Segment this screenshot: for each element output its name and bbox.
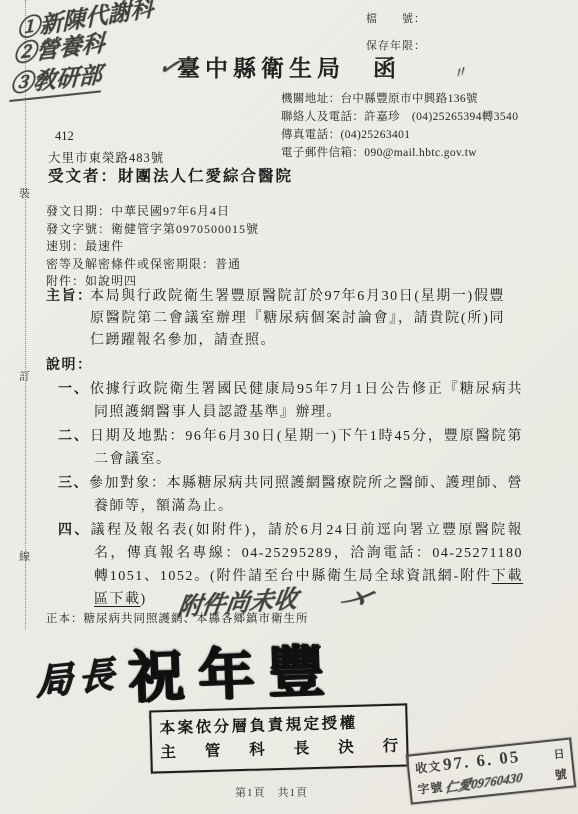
document-meta: 發文日期：中華民國97年6月4日 發文字號：衛健管字第0970500015號 速… bbox=[46, 203, 259, 291]
agency-email: 電子郵件信箱：090@mail.hbtc.gov.tw bbox=[281, 144, 518, 162]
page-footer: 第1頁 共1頁 bbox=[235, 784, 308, 800]
document-title: 臺中縣衛生局 函 bbox=[0, 50, 578, 83]
scanned-official-letter: 裝 訂 線 ①新陳代謝科 ②營養科 ③敎研部 ✓ 檔 號： 保存年限： 臺中縣衛… bbox=[0, 0, 578, 814]
binding-mark-zhuang: 裝 bbox=[19, 185, 30, 201]
subject-label: 主旨： bbox=[46, 286, 93, 308]
receipt-number-label: 字號 bbox=[417, 778, 445, 798]
agency-contact-person: 聯絡人及電話：許嘉珍 (04)25265394轉3540 bbox=[281, 108, 518, 126]
received-date-suffix: 日 bbox=[553, 745, 566, 762]
delegation-authority-stamp: 本案依分層負責規定授權 主 管 科 長 決 行 bbox=[149, 703, 409, 773]
explanation-item-3: 三、參加對象：本縣糖尿病共同照護網醫療院所之醫師、護理師、營養師等，額滿為止。 bbox=[58, 472, 523, 518]
recipient-line: 受文者：財團法人仁愛綜合醫院 bbox=[48, 164, 293, 186]
subject-text: 本局與行政院衛生署豐原醫院訂於97年6月30日(星期一)假豐原醫院第二會議室辦理… bbox=[90, 286, 505, 352]
copy-label: 正本： bbox=[46, 613, 84, 625]
binding-mark-ding: 訂 bbox=[19, 368, 30, 384]
receipt-date-stamp: 收文 97. 6. 05 日 字號 仁愛09760430 號 bbox=[406, 737, 576, 804]
agency-fax: 傳真電話：(04)25263401 bbox=[281, 126, 518, 144]
explanation-label: 說明： bbox=[46, 354, 93, 374]
binding-mark-xian: 線 bbox=[19, 548, 30, 564]
receipt-number-suffix: 號 bbox=[554, 765, 568, 783]
agency-contact-block: 機關地址：台中縣豐原市中興路136號 聯絡人及電話：許嘉珍 (04)252653… bbox=[281, 90, 518, 162]
explanation-items: 一、依據行政院衛生署國民健康局95年7月1日公告修正『糖尿病共同照護網醫事人員認… bbox=[58, 378, 523, 612]
copy-distribution-line: 正本：糖尿病共同照護網、本縣各鄉鎮市衛生所 bbox=[46, 610, 309, 626]
issue-date-row: 發文日期：中華民國97年6月4日 bbox=[46, 203, 259, 221]
issue-number-row: 發文字號：衛健管字第0970500015號 bbox=[46, 221, 259, 239]
security-class-row: 密等及解密條件或保密期限：普通 bbox=[46, 256, 259, 274]
director-name-stamp: 祝年豐 bbox=[127, 626, 340, 713]
explanation-item-2: 二、日期及地點：96年6月30日(星期一)下午1時45分，豐原醫院第二會議室。 bbox=[58, 425, 523, 471]
agency-address: 機關地址：台中縣豐原市中興路136號 bbox=[281, 90, 518, 108]
speed-class-row: 速別：最速件 bbox=[46, 238, 259, 256]
recipient-name: 財團法人仁愛綜合醫院 bbox=[118, 168, 293, 185]
received-label: 收文 bbox=[414, 757, 442, 777]
copy-value: 糖尿病共同照護網、本縣各鄉鎮市衛生所 bbox=[84, 613, 309, 625]
explanation-item-1: 一、依據行政院衛生署國民健康局95年7月1日公告修正『糖尿病共同照護網醫事人員認… bbox=[58, 378, 523, 424]
subject-block: 主旨： 本局與行政院衛生署豐原醫院訂於97年6月30日(星期一)假豐原醫院第二會… bbox=[46, 286, 505, 352]
recipient-label: 受文者： bbox=[48, 168, 118, 185]
director-title-stamp: 局長 bbox=[36, 645, 120, 705]
file-number-label: 檔 號： bbox=[366, 6, 426, 33]
recipient-postal-code: 412 bbox=[55, 129, 74, 144]
